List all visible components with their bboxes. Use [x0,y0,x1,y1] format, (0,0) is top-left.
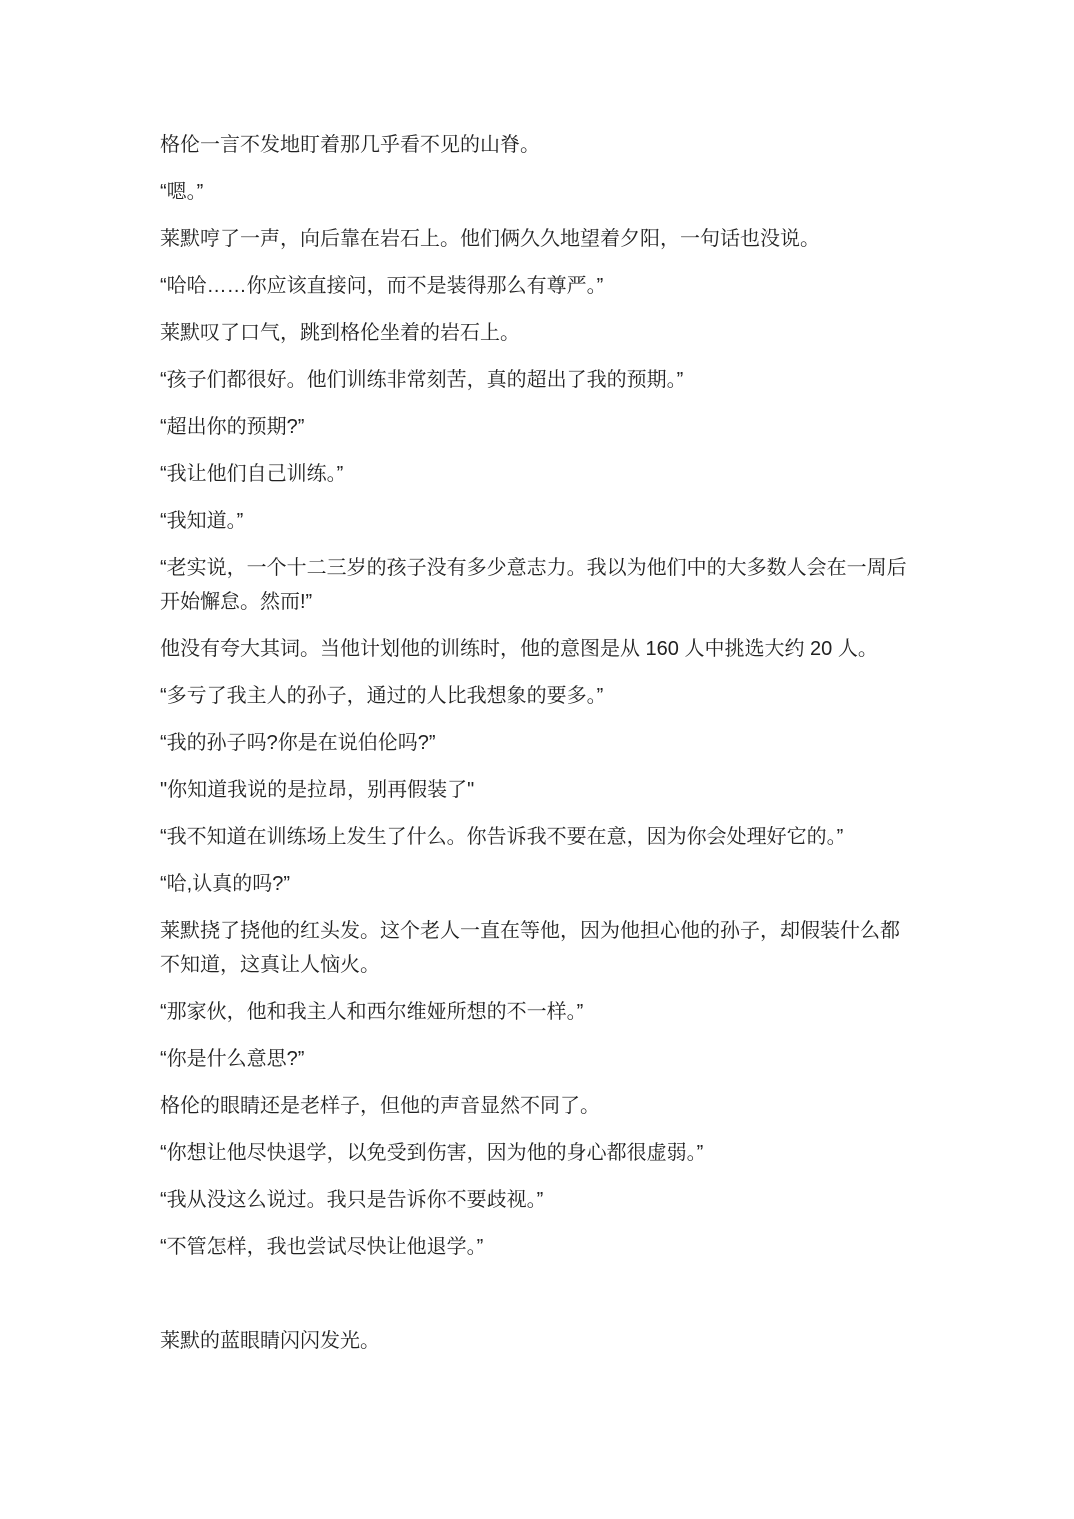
paragraph: 莱默挠了挠他的红头发。这个老人一直在等他，因为他担心他的孙子，却假装什么都不知道… [160,914,916,982]
paragraph: “你想让他尽快退学，以免受到伤害，因为他的身心都很虚弱。” [160,1136,916,1170]
paragraph: 他没有夸大其词。当他计划他的训练时，他的意图是从 160 人中挑选大约 20 人… [160,632,916,666]
paragraph: “我从没这么说过。我只是告诉你不要歧视。” [160,1183,916,1217]
paragraph: 莱默哼了一声，向后靠在岩石上。他们俩久久地望着夕阳，一句话也没说。 [160,222,916,256]
paragraph: 莱默的蓝眼睛闪闪发光。 [160,1324,916,1358]
paragraph: “老实说，一个十二三岁的孩子没有多少意志力。我以为他们中的大多数人会在一周后开始… [160,551,916,619]
paragraph: “不管怎样，我也尝试尽快让他退学。” [160,1230,916,1264]
paragraph: 格伦一言不发地盯着那几乎看不见的山脊。 [160,128,916,162]
paragraph: “孩子们都很好。他们训练非常刻苦，真的超出了我的预期。” [160,363,916,397]
paragraph: “多亏了我主人的孙子，通过的人比我想象的要多。” [160,679,916,713]
paragraph-spacer [160,1277,916,1311]
document-page: 格伦一言不发地盯着那几乎看不见的山脊。 “嗯。” 莱默哼了一声，向后靠在岩石上。… [0,0,1074,1519]
paragraph: “哈哈……你应该直接问，而不是装得那么有尊严。” [160,269,916,303]
paragraph: “嗯。” [160,175,916,209]
paragraph: “我的孙子吗?你是在说伯伦吗?” [160,726,916,760]
paragraph: “哈,认真的吗?” [160,867,916,901]
paragraph: “我让他们自己训练。” [160,457,916,491]
paragraph: "你知道我说的是拉昂，别再假装了" [160,773,916,807]
paragraph: “那家伙，他和我主人和西尔维娅所想的不一样。” [160,995,916,1029]
paragraph: “你是什么意思?” [160,1042,916,1076]
paragraph: “超出你的预期?” [160,410,916,444]
paragraph: “我知道。” [160,504,916,538]
paragraph: 莱默叹了口气，跳到格伦坐着的岩石上。 [160,316,916,350]
paragraph: 格伦的眼睛还是老样子，但他的声音显然不同了。 [160,1089,916,1123]
paragraph: “我不知道在训练场上发生了什么。你告诉我不要在意，因为你会处理好它的。” [160,820,916,854]
